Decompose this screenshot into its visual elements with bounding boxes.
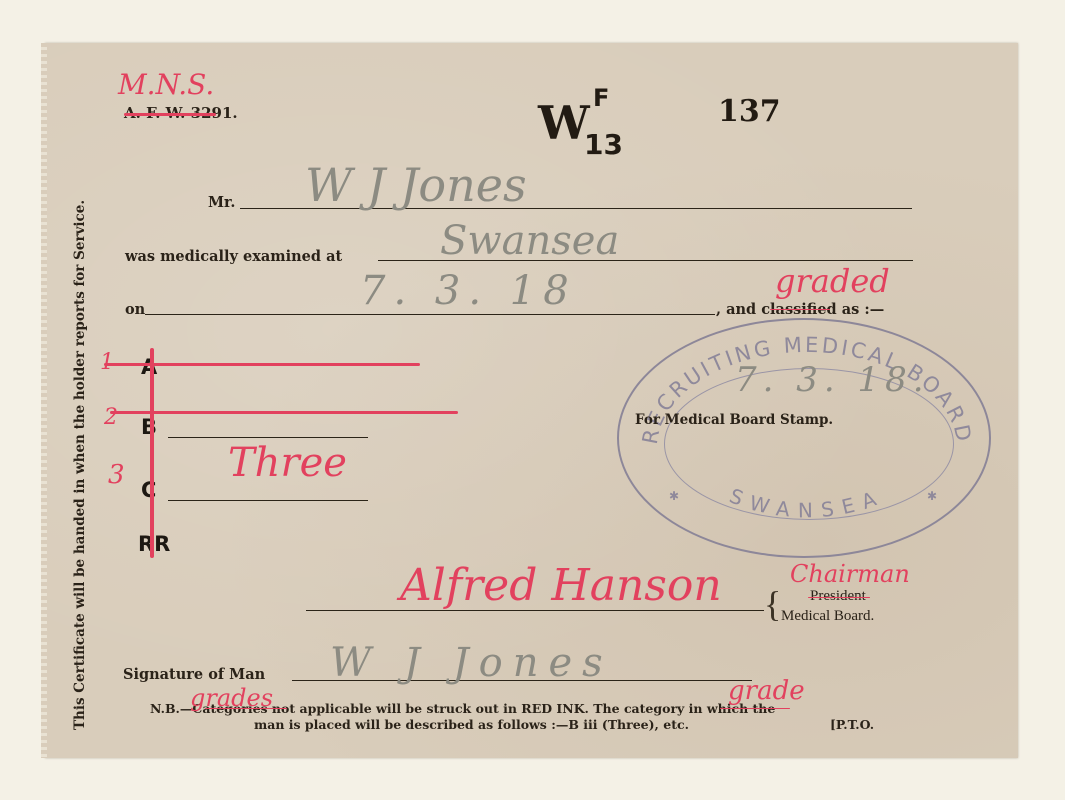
form-code-annotation: M.N.S. [118, 68, 214, 101]
serial-number: 137 [718, 94, 781, 129]
on-line [145, 314, 715, 315]
red-vertical-strike [150, 348, 154, 558]
examined-label: was medically examined at [125, 248, 342, 265]
board-label: Medical Board. [781, 608, 874, 625]
stamp-text-ring: RECRUITING MEDICAL BOARD SWANSEA ✱ ✱ [617, 318, 989, 556]
mark-superscript: F [593, 84, 609, 112]
on-value[interactable]: 7. 3. 18 [360, 268, 577, 314]
category-b-number: 2 [104, 405, 118, 430]
classified-correction: graded [775, 262, 890, 300]
pto-label: [P.T.O. [830, 717, 874, 732]
category-c-number: 3 [108, 460, 125, 490]
note-correction-right: grade [728, 676, 805, 706]
category-strike [720, 708, 790, 709]
category-b-strike [110, 411, 458, 414]
side-instruction-text: This Certificate will be handed in when … [72, 200, 88, 730]
svg-text:✱: ✱ [927, 489, 937, 503]
stamp-label: For Medical Board Stamp. [635, 412, 833, 428]
man-signature-value[interactable]: W J Jones [330, 640, 613, 686]
category-rr: RR [138, 532, 170, 556]
red-strikethrough [124, 113, 216, 116]
category-c-value[interactable]: Three [228, 440, 347, 486]
svg-text:SWANSEA: SWANSEA [726, 483, 888, 522]
examined-value[interactable]: Swansea [440, 218, 619, 264]
note-line-2: man is placed will be described as follo… [254, 717, 689, 732]
mr-label: Mr. [208, 194, 235, 211]
category-b: B [141, 415, 157, 439]
on-label: on [125, 301, 145, 318]
category-b-line [168, 437, 368, 438]
board-signature[interactable]: Alfred Hanson [400, 560, 722, 611]
mark-letter: W [538, 96, 590, 150]
category-c: C [141, 478, 156, 502]
board-role-correction: Chairman [790, 560, 910, 588]
mr-value[interactable]: W J Jones [305, 158, 527, 212]
classified-strike [770, 309, 830, 310]
role-strike [808, 597, 870, 598]
note-correction-left: grades [190, 684, 273, 712]
category-c-line [168, 500, 368, 501]
brace: { [764, 586, 781, 622]
man-signature-label: Signature of Man [123, 666, 265, 683]
stamp-date: 7. 3. 18. [735, 360, 930, 400]
svg-text:✱: ✱ [669, 489, 679, 503]
mark-subscript: 13 [584, 128, 623, 161]
